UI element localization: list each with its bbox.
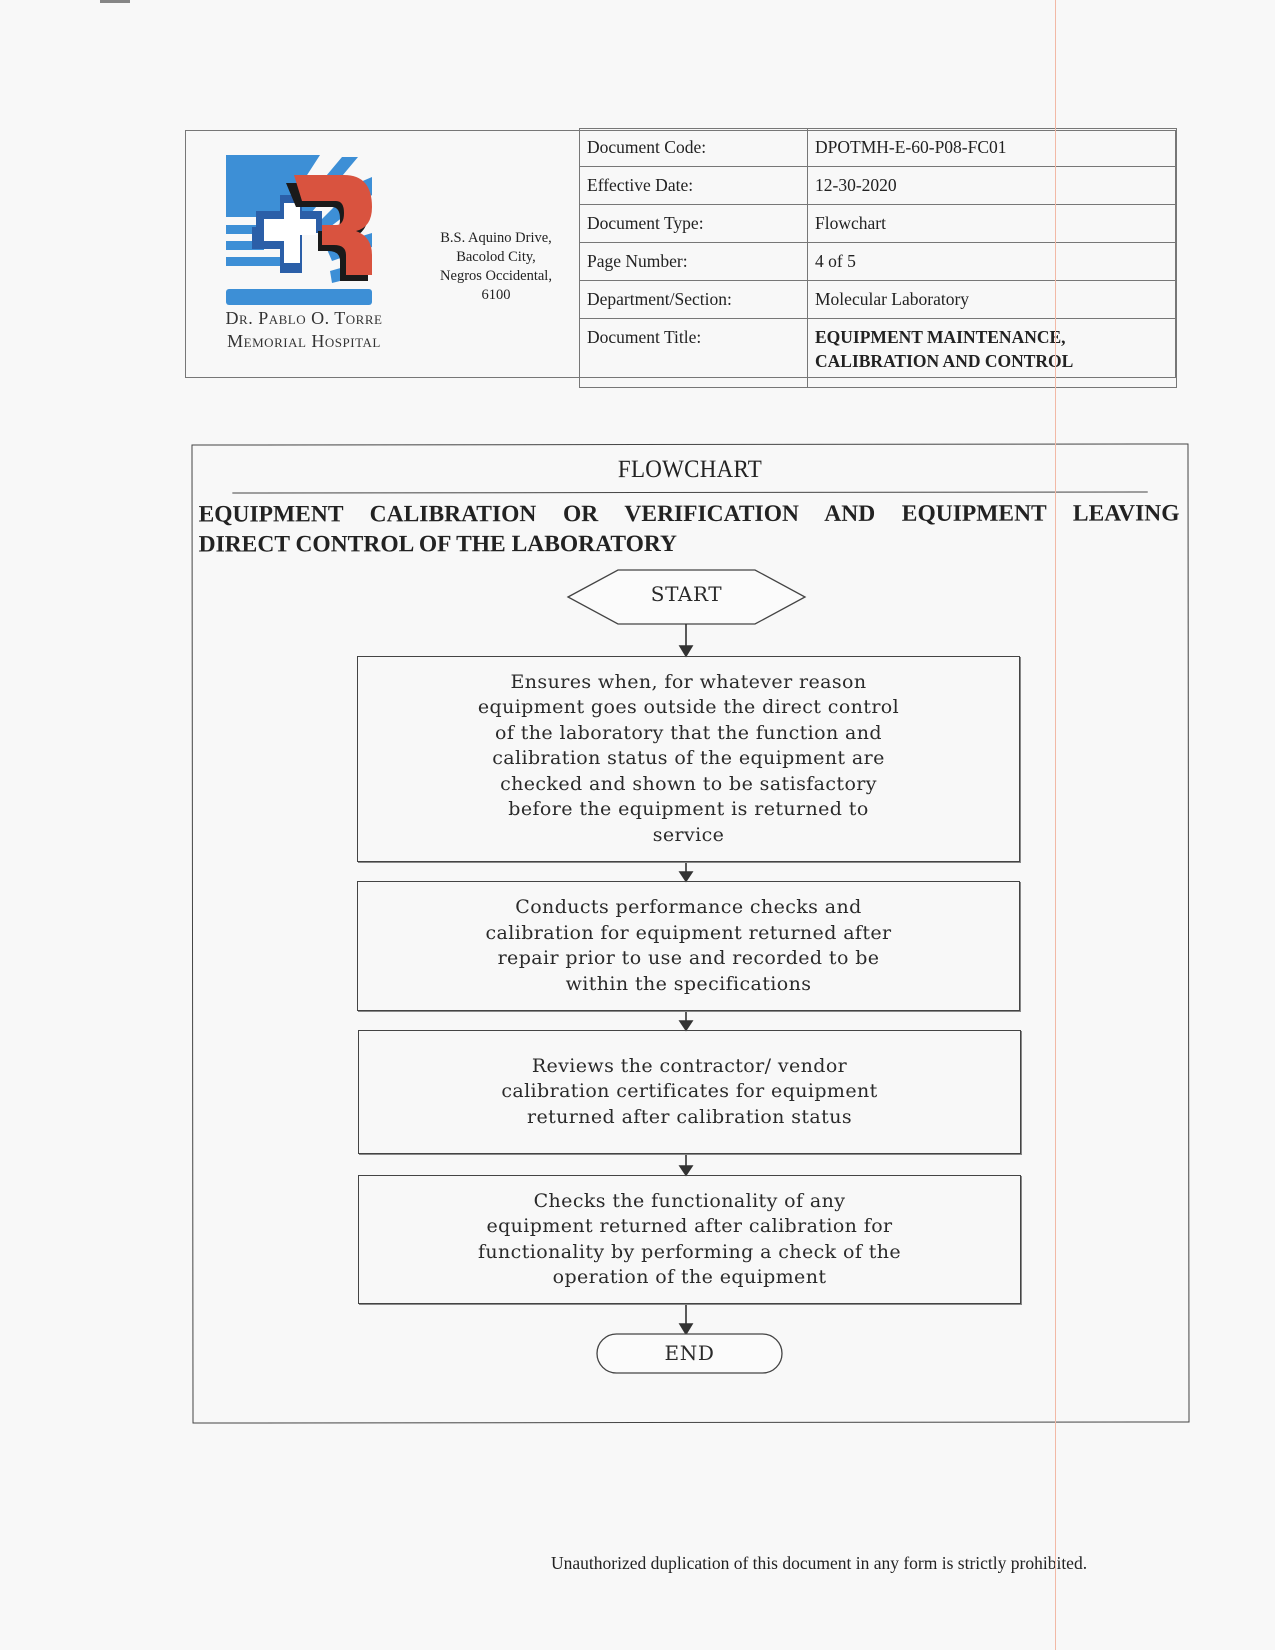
- step-line: repair prior to use and recorded to be: [485, 946, 891, 972]
- step-line: returned after calibration status: [501, 1105, 877, 1131]
- step-line: equipment returned after calibration for: [478, 1214, 901, 1240]
- step-line: Reviews the contractor/ vendor: [501, 1054, 877, 1080]
- step-line: functionality by performing a check of t…: [478, 1240, 901, 1266]
- step-line: calibration certificates for equipment: [501, 1079, 877, 1105]
- step-text: Reviews the contractor/ vendor calibrati…: [501, 1054, 877, 1131]
- step-text: Checks the functionality of any equipmen…: [478, 1189, 901, 1291]
- step-line: service: [478, 823, 899, 849]
- step-line: equipment goes outside the direct contro…: [478, 695, 899, 721]
- step-line: Ensures when, for whatever reason: [478, 670, 899, 696]
- step-line: Checks the functionality of any: [478, 1189, 901, 1215]
- step-text: Ensures when, for whatever reason equipm…: [478, 670, 899, 849]
- step-line: checked and shown to be satisfactory: [478, 772, 899, 798]
- process-step-4: Checks the functionality of any equipmen…: [358, 1175, 1021, 1304]
- step-line: Conducts performance checks and: [485, 895, 891, 921]
- step-line: operation of the equipment: [478, 1265, 901, 1291]
- footer-disclaimer: Unauthorized duplication of this documen…: [551, 1553, 1087, 1574]
- process-step-3: Reviews the contractor/ vendor calibrati…: [358, 1030, 1021, 1154]
- step-line: calibration for equipment returned after: [485, 921, 891, 947]
- step-line: within the specifications: [485, 972, 891, 998]
- process-step-1: Ensures when, for whatever reason equipm…: [357, 656, 1020, 862]
- process-step-2: Conducts performance checks and calibrat…: [357, 881, 1020, 1011]
- step-text: Conducts performance checks and calibrat…: [485, 895, 891, 997]
- step-line: of the laboratory that the function and: [478, 721, 899, 747]
- scan-margin-line: [1055, 0, 1056, 1650]
- end-label: END: [597, 1341, 782, 1365]
- step-line: calibration status of the equipment are: [478, 746, 899, 772]
- step-line: before the equipment is returned to: [478, 797, 899, 823]
- start-label: START: [618, 582, 755, 606]
